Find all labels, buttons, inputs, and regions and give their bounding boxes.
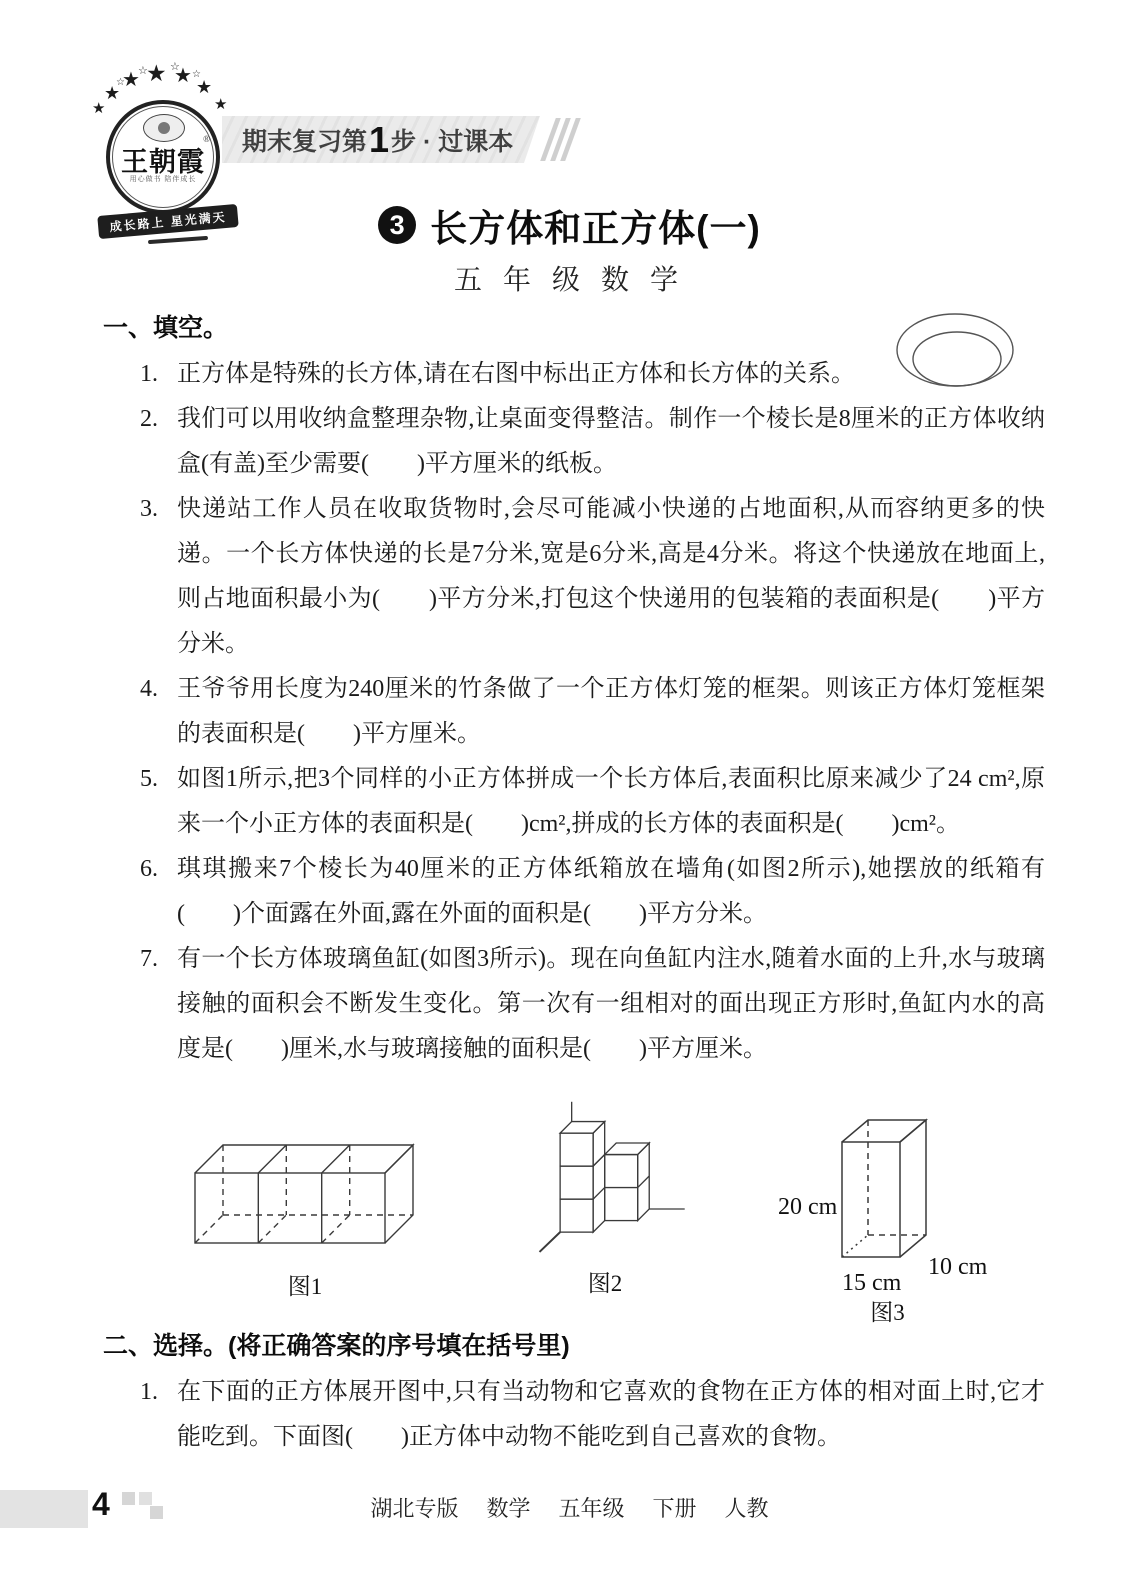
lesson-title-row: 3长方体和正方体(一) (0, 198, 1139, 252)
logo-circle: 王朝霞 ® 用心做书 陪伴成长 (106, 100, 220, 214)
fig3-depth-label: 10 cm (928, 1254, 988, 1280)
choice-item-1: 1. 在下面的正方体展开图中,只有当动物和它喜欢的食物在正方体的相对面上时,它才… (140, 1370, 1045, 1460)
star-icon: ★ (92, 102, 105, 117)
three-cube-prism-drawing (185, 1128, 425, 1260)
item-number: 7. (140, 937, 158, 982)
workbook-page: ★ ★ ★ ★ ★ ★ ★ ☆ ☆ ☆ ☆ 王朝霞 ® 用心做书 陪伴成长 成长… (0, 0, 1139, 1582)
venn-diagram-figure (893, 310, 1018, 400)
item-text: 正方体是特殊的长方体,请在右图中标出正方体和长方体的关系。 (177, 361, 855, 387)
header-banner: 期末复习第 1 步 · 过课本 (222, 116, 540, 163)
section2-heading: 二、选择。(将正确答案的序号填在括号里) (103, 1322, 1045, 1370)
logo-tagline: 用心做书 陪伴成长 (110, 174, 216, 184)
footer-edition-line: 湖北专版数学五年级下册人教 (0, 1492, 1139, 1523)
choice-section: 二、选择。(将正确答案的序号填在括号里) 1. 在下面的正方体展开图中,只有当动… (103, 1322, 1045, 1460)
fill-item-4: 4. 王爷爷用长度为240厘米的竹条做了一个正方体灯笼的框架。则该正方体灯笼框架… (140, 667, 1045, 757)
item-text: 快递站工作人员在收取货物时,会尽可能减小快递的占地面积,从而容纳更多的快递。一个… (177, 496, 1045, 657)
item-text: 有一个长方体玻璃鱼缸(如图3所示)。现在向鱼缸内注水,随着水面的上升,水与玻璃接… (177, 946, 1045, 1062)
star-icon: ☆ (170, 62, 180, 73)
portrait-icon (143, 114, 185, 142)
fill-item-3: 3. 快递站工作人员在收取货物时,会尽可能减小快递的占地面积,从而容纳更多的快递… (140, 487, 1045, 667)
star-icon: ☆ (116, 78, 125, 88)
item-number: 6. (140, 847, 158, 892)
fig3-height-label: 20 cm (778, 1194, 838, 1220)
item-number: 1. (140, 352, 158, 397)
star-icon: ☆ (138, 66, 148, 77)
star-icon: ☆ (192, 70, 201, 80)
item-text: 如图1所示,把3个同样的小正方体拼成一个长方体后,表面积比原来减少了24 cm²… (177, 766, 1045, 837)
banner-text-pre: 期末复习第 (242, 122, 367, 158)
item-text: 我们可以用收纳盒整理杂物,让桌面变得整洁。制作一个棱长是8厘米的正方体收纳盒(有… (177, 406, 1045, 477)
corner-cubes-drawing (523, 1100, 688, 1257)
lesson-title: 长方体和正方体(一) (430, 198, 761, 252)
lesson-number-badge: 3 (378, 206, 416, 244)
footer-subject: 数学 (486, 1496, 530, 1521)
fill-item-7: 7. 有一个长方体玻璃鱼缸(如图3所示)。现在向鱼缸内注水,随着水面的上升,水与… (140, 937, 1045, 1072)
footer-publisher: 人教 (725, 1496, 769, 1521)
fish-tank-prism-drawing: 20 cm 15 cm 10 cm (770, 1102, 1005, 1298)
fill-item-5: 5. 如图1所示,把3个同样的小正方体拼成一个长方体后,表面积比原来减少了24 … (140, 757, 1045, 847)
star-icon: ★ (146, 62, 167, 85)
item-text: 在下面的正方体展开图中,只有当动物和它喜欢的食物在正方体的相对面上时,它才能吃到… (177, 1379, 1045, 1450)
footer-volume: 下册 (653, 1496, 697, 1521)
figure-2: 图2 (520, 1100, 690, 1298)
figure-1: 图1 (185, 1128, 425, 1301)
item-number: 1. (140, 1370, 158, 1415)
banner-step-number: 1 (369, 119, 389, 161)
figure-1-caption: 图1 (185, 1268, 425, 1301)
item-number: 5. (140, 757, 158, 802)
figure-3: 20 cm 15 cm 10 cm 图3 (770, 1102, 1005, 1327)
figure-2-caption: 图2 (520, 1265, 690, 1298)
registered-mark: ® (203, 134, 210, 144)
item-number: 2. (140, 397, 158, 442)
item-text: 琪琪搬来7个棱长为40厘米的正方体纸箱放在墙角(如图2所示),她摆放的纸箱有( … (177, 856, 1045, 927)
fill-item-2: 2. 我们可以用收纳盒整理杂物,让桌面变得整洁。制作一个棱长是8厘米的正方体收纳… (140, 397, 1045, 487)
item-text: 王爷爷用长度为240厘米的竹条做了一个正方体灯笼的框架。则该正方体灯笼框架的表面… (177, 676, 1045, 747)
banner-text-post: 步 · 过课本 (391, 122, 513, 158)
item-number: 4. (140, 667, 158, 712)
fig3-width-label: 15 cm (842, 1270, 902, 1296)
fill-blank-section: 一、填空。 1. 正方体是特殊的长方体,请在右图中标出正方体和长方体的关系。 2… (103, 304, 1045, 1072)
star-icon: ★ (214, 98, 227, 113)
footer-grade: 五年级 (558, 1496, 624, 1521)
item-number: 3. (140, 487, 158, 532)
star-icon: ★ (196, 78, 212, 96)
footer-edition: 湖北专版 (370, 1496, 458, 1521)
grade-subtitle: 五 年 级 数 学 (0, 258, 1139, 298)
fill-item-6: 6. 琪琪搬来7个棱长为40厘米的正方体纸箱放在墙角(如图2所示),她摆放的纸箱… (140, 847, 1045, 937)
